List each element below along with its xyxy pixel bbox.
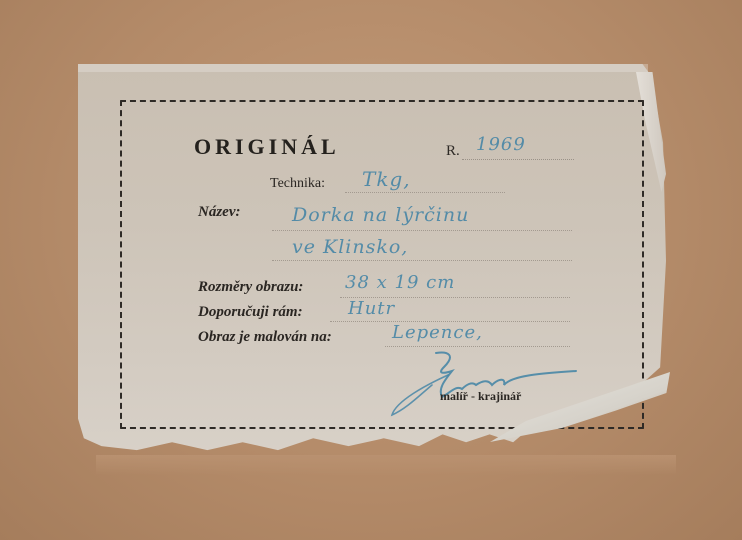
podklad-value: Lepence, — [392, 322, 483, 343]
paper-shadow — [96, 455, 676, 475]
ram-label: Doporučuji rám: — [198, 304, 303, 321]
document-title: ORIGINÁL — [194, 134, 340, 160]
technika-value: Tkg, — [362, 167, 411, 191]
registration-line — [462, 159, 574, 160]
technika-line — [345, 192, 505, 193]
technika-label: Technika: — [270, 176, 325, 192]
rozmery-value: 38 x 19 cm — [345, 272, 455, 293]
tape-residue — [78, 64, 648, 72]
signature-icon — [386, 345, 586, 420]
rozmery-label: Rozměry obrazu: — [198, 279, 303, 296]
nazev-label: Název: — [198, 204, 240, 221]
podklad-label: Obraz je malován na: — [198, 329, 332, 346]
artist-role: malíř - krajinář — [440, 389, 521, 404]
nazev-line-2 — [272, 260, 572, 261]
nazev-value-line2: ve Klinsko, — [292, 236, 408, 258]
registration-value: 1969 — [476, 134, 526, 155]
registration-label: R. — [446, 143, 460, 160]
nazev-line-1 — [272, 230, 572, 231]
ram-value: Hutr — [348, 298, 395, 319]
nazev-value-line1: Dorka na lýrčinu — [292, 204, 469, 226]
